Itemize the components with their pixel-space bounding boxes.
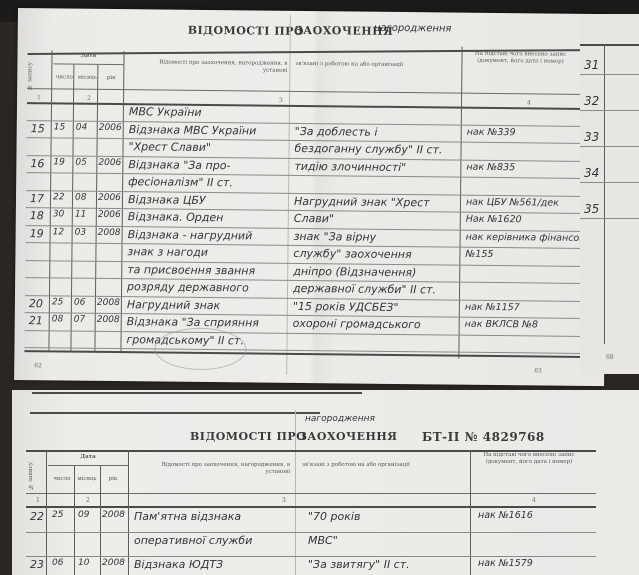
entry-number: 31: [584, 58, 599, 72]
header-date-day: число: [53, 74, 75, 81]
entry-basis: нак ВКЛСВ №8: [465, 319, 538, 331]
entry-number: 32: [584, 94, 599, 108]
entry-info-right: тидію злочинності": [294, 159, 406, 173]
entry-month: 11: [75, 210, 87, 220]
row-rule: [26, 532, 596, 533]
col-number-4: 4: [532, 497, 536, 504]
section-title-left: ВІДОМОСТІ ПРО: [188, 24, 304, 38]
header-col-info-cont: зв'язані з роботою на або організації: [295, 61, 435, 69]
entry-day: 12: [53, 227, 65, 237]
entry-basis: нак №1616: [478, 510, 533, 521]
section-title-left: ВІДОМОСТІ ПРО: [190, 430, 306, 443]
entry-year: 2008: [97, 297, 120, 307]
header-date-year: рік: [99, 75, 123, 82]
entry-basis: нак ЦБУ №561/дек: [466, 196, 559, 208]
row-rule: [580, 74, 639, 75]
torn-top-rule: [32, 392, 362, 394]
section-title-handwritten: нагородження: [374, 23, 452, 35]
entry-day: 25: [52, 510, 63, 520]
entry-info-left: Відзнака МВС України: [129, 123, 257, 137]
entry-info-left: Відзнака. Орден: [128, 210, 224, 224]
entry-month: 09: [78, 510, 89, 520]
entry-info-right: "15 років УДСБЕЗ": [293, 299, 399, 313]
header-date-month: місяць: [75, 75, 99, 82]
page-number-left: 62: [34, 362, 42, 369]
entry-number: 21: [29, 314, 43, 327]
entry-year: 2008: [98, 227, 121, 237]
header-col-basis: На підставі чого внесено запис (документ…: [465, 51, 575, 66]
entry-year: 2008: [102, 558, 125, 568]
entry-number: 16: [30, 157, 44, 170]
header-bottom-rule: [26, 493, 596, 494]
entry-day: 06: [52, 558, 63, 568]
entry-month: 04: [76, 122, 88, 132]
entry-info-right: МВС": [308, 534, 338, 547]
header-col-date: Дата: [48, 454, 128, 461]
entry-info-left: знак з нагоди: [127, 245, 208, 259]
date-group-divider: [48, 465, 128, 466]
col-rule: [100, 466, 101, 575]
entry-info-left: розряду державного: [127, 280, 249, 294]
column-number-rule: [27, 102, 587, 110]
entry-info-left: МВС України: [129, 105, 202, 119]
right-page-col-rule: [604, 44, 605, 344]
row-rule: [580, 146, 639, 147]
row-rule: [580, 218, 639, 219]
entry-year: 2006: [98, 192, 121, 202]
entry-month: 05: [75, 157, 87, 167]
entry-info-left: оперативної служби: [134, 534, 252, 547]
row-rule: [25, 330, 585, 337]
row-rule: [26, 556, 596, 557]
entry-year: 2006: [99, 122, 122, 132]
entry-info-right: дніпро (Відзначення): [293, 264, 416, 278]
col-number-2: 2: [87, 95, 91, 102]
header-col-info: Відомості про заохочення, нагородження, …: [140, 462, 290, 476]
entry-year: 2008: [97, 315, 120, 325]
entry-year: 2006: [98, 210, 121, 220]
entry-info-left: Відзнака "За про-: [128, 158, 230, 172]
col-number-1: 1: [37, 94, 41, 101]
entry-basis: нак №1579: [478, 558, 533, 569]
header-col-info: Відомості про заохочення, нагородження, …: [137, 59, 287, 75]
entry-info-right: бездоганну службу" II ст.: [294, 142, 442, 157]
entry-basis: нак №1157: [465, 301, 520, 313]
entry-info-right: знак "За вірну: [294, 229, 377, 243]
entry-year: 2006: [98, 157, 121, 167]
header-col-basis: На підставі чого внесено запис (документ…: [474, 452, 584, 466]
entry-month: 10: [78, 558, 89, 568]
entry-day: 19: [53, 157, 65, 167]
entry-info-left: Нагрудний знак: [127, 298, 220, 312]
header-date-year: рік: [100, 476, 126, 483]
header-col-date: Дата: [53, 52, 123, 60]
col-number-4: 4: [527, 99, 531, 106]
right-page-rule: [580, 44, 639, 46]
header-col-number: № запису: [28, 462, 48, 490]
entry-info-right: Нагрудний знак "Хрест: [294, 194, 430, 208]
col-rule: [120, 51, 124, 351]
entry-info-left: Пам'ятна відзнака: [134, 510, 241, 523]
entry-basis: Нак №1620: [466, 214, 522, 226]
row-rule: [26, 172, 586, 179]
torn-top-rule-2: [30, 412, 320, 414]
entry-number: 22: [30, 510, 44, 523]
entry-basis: №155: [465, 249, 493, 260]
right-page-number: 68: [606, 354, 614, 361]
row-rule: [580, 110, 639, 111]
serial-number: БТ-II № 4829768: [422, 430, 545, 444]
entry-basis: нак №339: [467, 126, 516, 138]
entry-number: 20: [29, 297, 43, 310]
entry-month: 08: [75, 192, 87, 202]
entry-day: 25: [52, 297, 64, 307]
entry-day: 15: [54, 122, 66, 132]
top-page-spread: ВІДОМОСТІ ПРО ЗАОХОЧЕННЯ нагородження № …: [14, 8, 608, 386]
header-date-month: місяць: [74, 476, 100, 483]
bottom-page: ВІДОМОСТІ ПРО ЗАОХОЧЕННЯ нагородження БТ…: [12, 390, 639, 575]
entry-info-left: та присвоєння звання: [127, 263, 255, 277]
page-number-right: 63: [534, 367, 542, 374]
entry-month: 03: [75, 227, 87, 237]
right-page-edge: 3132333435 68: [580, 14, 639, 374]
header-col-number: № запису: [27, 62, 51, 90]
entry-info-right: "За доблесть і: [295, 124, 378, 138]
row-rule: [580, 182, 639, 183]
entry-day: 30: [53, 209, 65, 219]
entry-number: 15: [31, 122, 45, 135]
entry-number: 19: [30, 227, 44, 240]
entry-number: 35: [584, 202, 599, 216]
entry-number: 33: [584, 130, 599, 144]
entry-info-right: "70 років: [308, 510, 360, 523]
section-title-handwritten: нагородження: [305, 414, 375, 424]
entry-year: 2008: [102, 510, 125, 520]
entry-number: 18: [30, 209, 44, 222]
col-number-1: 1: [36, 497, 40, 504]
entry-basis: нак №835: [466, 161, 515, 173]
entry-number: 17: [30, 192, 44, 205]
entry-number: 23: [30, 558, 44, 571]
entry-info-left: фесіоналізм" II ст.: [128, 175, 233, 189]
entry-day: 22: [53, 192, 65, 202]
date-group-divider: [53, 63, 123, 65]
entry-info-right: "За звитягу" II ст.: [308, 558, 410, 571]
header-bottom-rule: [27, 88, 587, 95]
entry-month: 07: [74, 315, 86, 325]
entry-info-left: Відзнака ЮДТЗ: [134, 558, 223, 571]
section-title-right: ЗАОХОЧЕННЯ: [299, 430, 398, 443]
official-stamp: [154, 327, 246, 370]
entry-info-right: охороні громадського: [293, 317, 421, 331]
entry-number: 34: [584, 166, 599, 180]
entry-day: 08: [52, 314, 64, 324]
col-number-3: 3: [282, 497, 286, 504]
col-rule: [74, 466, 75, 575]
entry-info-left: "Хрест Слави": [128, 140, 211, 154]
entry-info-right: службу" заохочення: [293, 247, 411, 261]
entry-info-right: державної служби" II ст.: [293, 282, 436, 296]
entry-info-right: Слави": [294, 212, 334, 225]
col-number-2: 2: [86, 497, 90, 504]
column-number-rule: [26, 506, 596, 508]
entry-month: 06: [74, 297, 86, 307]
header-col-info-cont: зв'язані з роботою на або організації: [302, 462, 442, 469]
entry-info-left: Відзнака - нагрудний: [128, 228, 253, 242]
col-number-3: 3: [279, 97, 283, 104]
header-date-day: число: [50, 476, 74, 483]
entry-info-left: Відзнака ЦБУ: [128, 193, 206, 207]
